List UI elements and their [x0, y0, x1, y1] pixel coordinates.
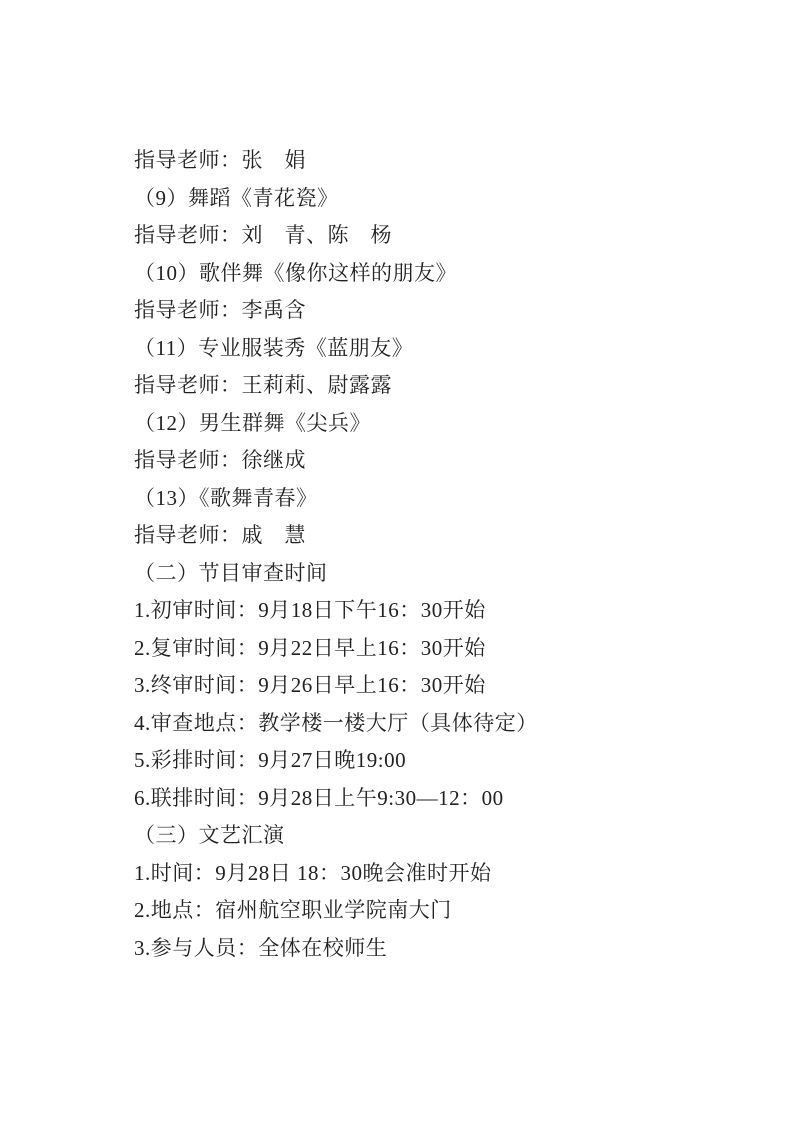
doc-line-instructor: 指导老师：张 娟 — [134, 142, 703, 180]
document-body: 指导老师：张 娟 （9）舞蹈《青花瓷》 指导老师：刘 青、陈 杨 （10）歌伴舞… — [134, 142, 703, 967]
doc-line-performance-time: 1.时间：9月28日 18：30晚会准时开始 — [134, 855, 703, 893]
doc-section-heading-performance: （三）文艺汇演 — [134, 817, 703, 855]
doc-section-heading-review-time: （二）节目审查时间 — [134, 555, 703, 593]
doc-line-joint-rehearsal-time: 6.联排时间：9月28日上午9:30—12：00 — [134, 780, 703, 818]
doc-line-program-13: （13）《歌舞青春》 — [134, 480, 703, 518]
doc-line-participants: 3.参与人员：全体在校师生 — [134, 930, 703, 968]
doc-line-second-review: 2.复审时间：9月22日早上16：30开始 — [134, 630, 703, 668]
doc-line-program-9: （9）舞蹈《青花瓷》 — [134, 180, 703, 218]
doc-line-program-12: （12）男生群舞《尖兵》 — [134, 405, 703, 443]
doc-line-program-10: （10）歌伴舞《像你这样的朋友》 — [134, 255, 703, 293]
doc-line-rehearsal-time: 5.彩排时间：9月27日晚19:00 — [134, 742, 703, 780]
doc-line-first-review: 1.初审时间：9月18日下午16：30开始 — [134, 592, 703, 630]
document-page: 指导老师：张 娟 （9）舞蹈《青花瓷》 指导老师：刘 青、陈 杨 （10）歌伴舞… — [0, 0, 793, 1122]
doc-line-instructor: 指导老师：戚 慧 — [134, 517, 703, 555]
doc-line-review-location: 4.审查地点：教学楼一楼大厅（具体待定） — [134, 705, 703, 743]
doc-line-instructor: 指导老师：李禹含 — [134, 292, 703, 330]
doc-line-instructor: 指导老师：徐继成 — [134, 442, 703, 480]
doc-line-instructor: 指导老师：刘 青、陈 杨 — [134, 217, 703, 255]
doc-line-final-review: 3.终审时间：9月26日早上16：30开始 — [134, 667, 703, 705]
doc-line-program-11: （11）专业服装秀《蓝朋友》 — [134, 330, 703, 368]
doc-line-instructor: 指导老师：王莉莉、尉露露 — [134, 367, 703, 405]
doc-line-performance-location: 2.地点：宿州航空职业学院南大门 — [134, 892, 703, 930]
